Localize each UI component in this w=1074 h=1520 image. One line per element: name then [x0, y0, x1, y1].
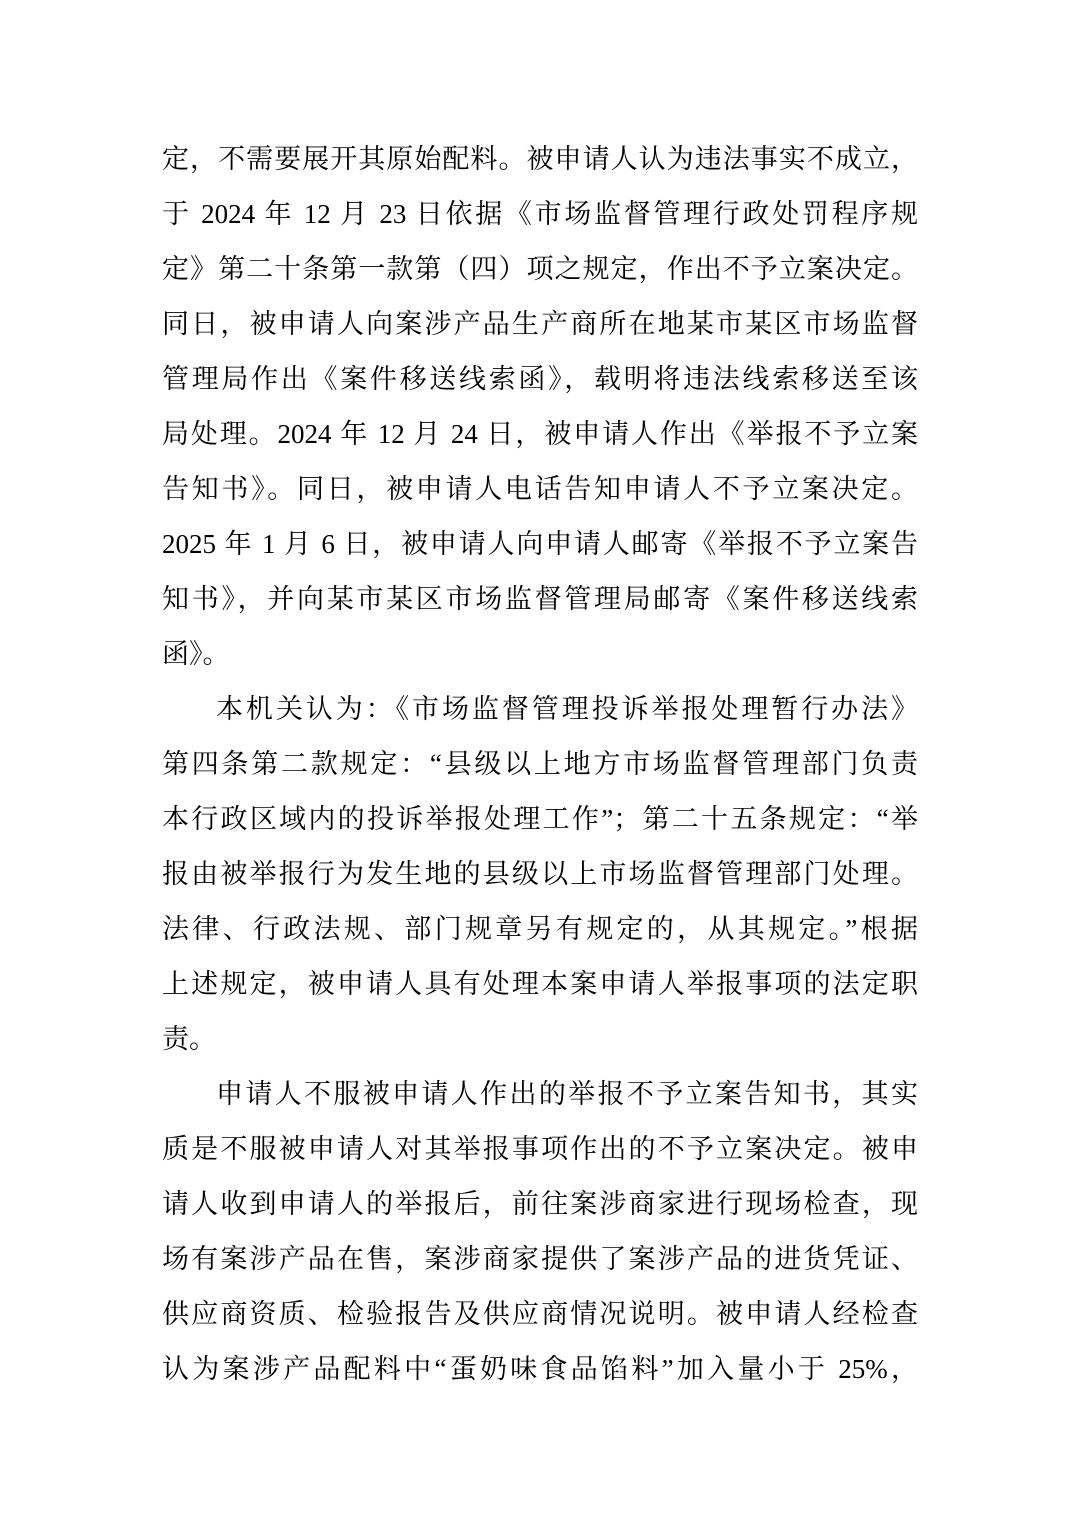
text-line: 管理局作出《案件移送线索函》，载明将违法线索移送至该	[162, 352, 918, 407]
text-line: 本机关认为：《市场监督管理投诉举报处理暂行办法》	[162, 682, 918, 737]
text-line: 请人收到申请人的举报后，前往案涉商家进行现场检查，现	[162, 1177, 918, 1232]
text-line: 告知书》。同日，被申请人电话告知申请人不予立案决定。	[162, 462, 918, 517]
text-line: 法律、行政法规、部门规章另有规定的，从其规定。”根据	[162, 902, 918, 957]
text-line: 报由被举报行为发生地的县级以上市场监督管理部门处理。	[162, 847, 918, 902]
text-paragraph: 本机关认为：《市场监督管理投诉举报处理暂行办法》第四条第二款规定：“县级以上地方…	[162, 682, 918, 1067]
text-line: 申请人不服被申请人作出的举报不予立案告知书，其实	[162, 1067, 918, 1122]
text-line: 知书》，并向某市某区市场监督管理局邮寄《案件移送线索	[162, 572, 918, 627]
text-line: 上述规定，被申请人具有处理本案申请人举报事项的法定职	[162, 957, 918, 1012]
text-line: 同日，被申请人向案涉产品生产商所在地某市某区市场监督	[162, 297, 918, 352]
text-line: 质是不服被申请人对其举报事项作出的不予立案决定。被申	[162, 1122, 918, 1177]
text-line: 认为案涉产品配料中“蛋奶味食品馅料”加入量小于 25%，	[162, 1342, 918, 1397]
text-line: 责。	[162, 1012, 918, 1067]
text-line: 2025 年 1 月 6 日，被申请人向申请人邮寄《举报不予立案告	[162, 517, 918, 572]
document-text-block: 定，不需要展开其原始配料。被申请人认为违法事实不成立，于 2024 年 12 月…	[162, 132, 918, 1397]
text-line: 场有案涉产品在售，案涉商家提供了案涉产品的进货凭证、	[162, 1232, 918, 1287]
document-page: 定，不需要展开其原始配料。被申请人认为违法事实不成立，于 2024 年 12 月…	[0, 0, 1074, 1520]
text-line: 定》第二十条第一款第（四）项之规定，作出不予立案决定。	[162, 242, 918, 297]
text-line: 于 2024 年 12 月 23 日依据《市场监督管理行政处罚程序规	[162, 187, 918, 242]
text-paragraph: 定，不需要展开其原始配料。被申请人认为违法事实不成立，于 2024 年 12 月…	[162, 132, 918, 682]
text-line: 本行政区域内的投诉举报处理工作”；第二十五条规定：“举	[162, 792, 918, 847]
text-line: 定，不需要展开其原始配料。被申请人认为违法事实不成立，	[162, 132, 918, 187]
text-line: 供应商资质、检验报告及供应商情况说明。被申请人经检查	[162, 1287, 918, 1342]
text-paragraph: 申请人不服被申请人作出的举报不予立案告知书，其实质是不服被申请人对其举报事项作出…	[162, 1067, 918, 1397]
text-line: 第四条第二款规定：“县级以上地方市场监督管理部门负责	[162, 737, 918, 792]
text-line: 函》。	[162, 627, 918, 682]
text-line: 局处理。2024 年 12 月 24 日，被申请人作出《举报不予立案	[162, 407, 918, 462]
